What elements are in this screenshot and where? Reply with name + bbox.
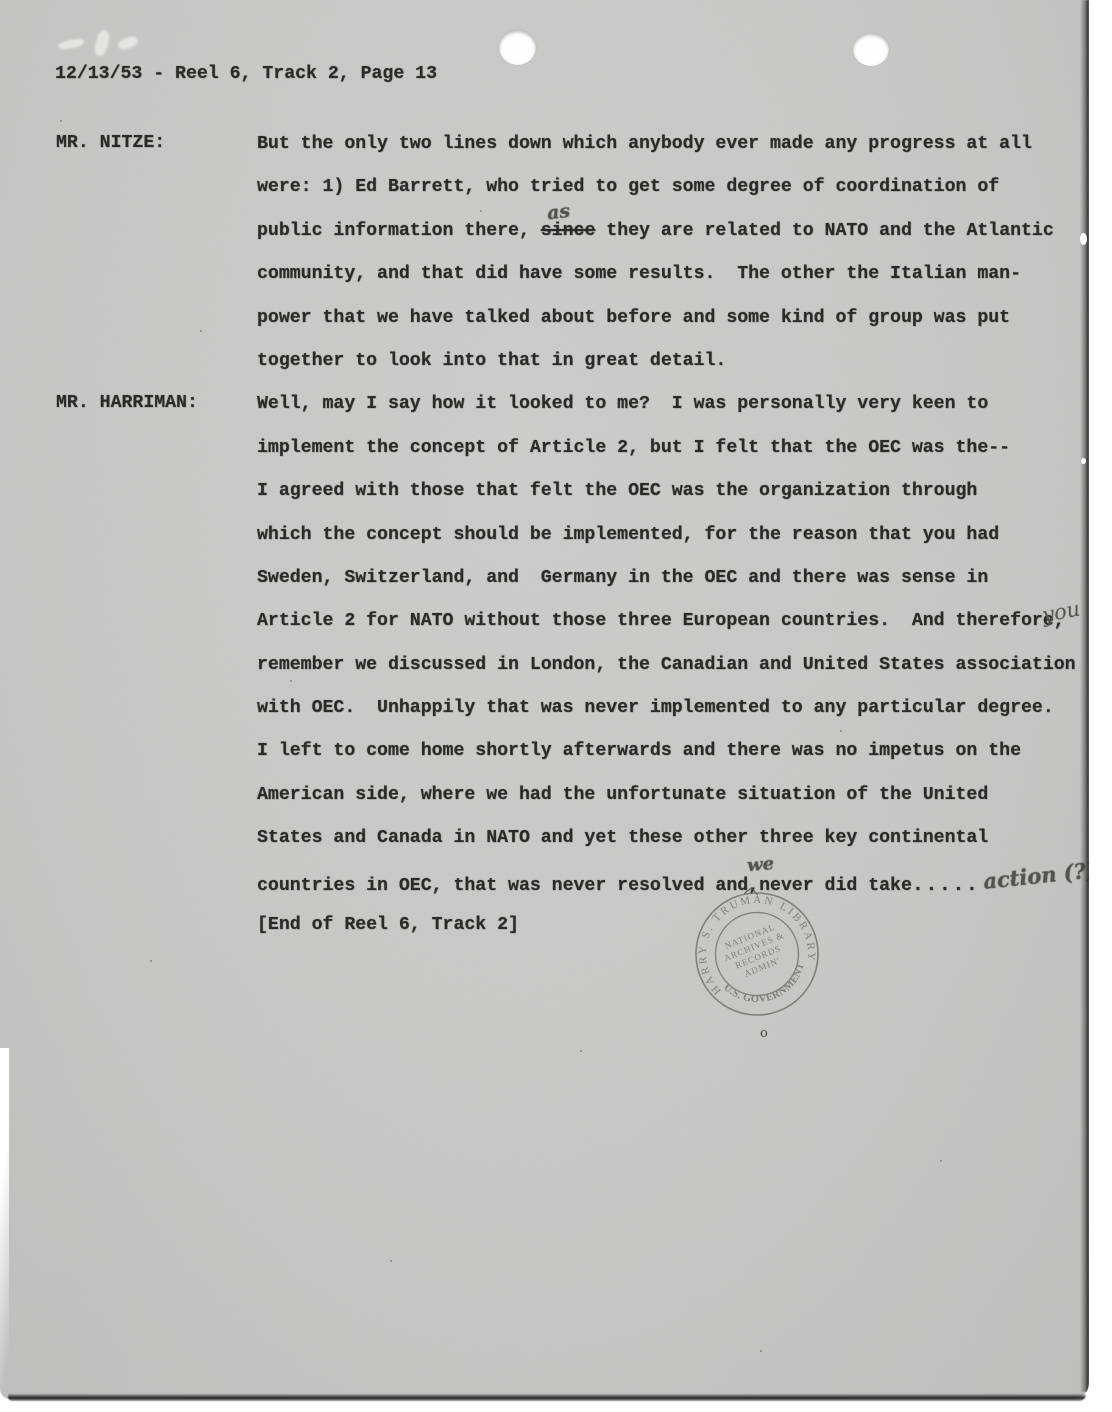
transcript-line: with OEC. Unhappily that was never imple… bbox=[257, 697, 1089, 740]
struck-word: sinceas bbox=[541, 221, 596, 241]
transcript-line: together to look into that in great deta… bbox=[257, 350, 1089, 393]
speaker-label-nitze: MR. NITZE: bbox=[56, 133, 165, 153]
truman-library-archive-stamp: HARRY S. TRUMAN LIBRARY U.S. GOVERNMENT … bbox=[681, 878, 833, 1030]
transcript-line: American side, where we had the unfortun… bbox=[257, 784, 1089, 827]
line-text: public information there, bbox=[257, 221, 541, 241]
edge-notch bbox=[1081, 458, 1086, 464]
transcript-line: Well, may I say how it looked to me? I w… bbox=[257, 393, 1089, 436]
scanned-page: 12/13/53 - Reel 6, Track 2, Page 13 MR. … bbox=[0, 0, 1089, 1399]
transcript-line: Sweden, Switzerland, and Germany in the … bbox=[257, 567, 1089, 610]
transcript-line: remember we discussed in London, the Can… bbox=[257, 654, 1089, 697]
transcript-line: Article 2 for NATO without those three E… bbox=[257, 610, 1089, 653]
transcript-line: public information there, sinceas they a… bbox=[257, 220, 1089, 263]
transcript-line: countries in OEC, that was never resolve… bbox=[257, 871, 1089, 914]
handwritten-we-annotation: we bbox=[746, 852, 775, 877]
page-bottom-edge-shadow bbox=[8, 1394, 1086, 1401]
punch-hole-right bbox=[853, 33, 889, 66]
ellipsis-dots: ..... bbox=[912, 874, 980, 897]
paper-specks bbox=[60, 120, 62, 122]
line-text: they are related to NATO and the Atlanti… bbox=[595, 221, 1053, 241]
transcript-line: implement the concept of Article 2, but … bbox=[257, 437, 1089, 480]
end-of-reel-note: [End of Reel 6, Track 2] bbox=[257, 914, 1089, 957]
punch-hole-left bbox=[499, 30, 536, 65]
scuff-mark bbox=[57, 37, 84, 50]
page-right-edge bbox=[1080, 0, 1089, 1392]
page-left-edge-sliver bbox=[0, 1048, 9, 1396]
speaker-label-harriman: MR. HARRIMAN: bbox=[56, 393, 198, 413]
handwritten-as-annotation: as bbox=[545, 199, 571, 225]
transcript-line: community, and that did have some result… bbox=[257, 263, 1089, 306]
transcript-line: which the concept should be implemented,… bbox=[257, 524, 1089, 567]
transcript-line: States and Canada in NATO and yet these … bbox=[257, 827, 1089, 870]
scuff-mark bbox=[93, 29, 111, 57]
transcript-line: power that we have talked about before a… bbox=[257, 307, 1089, 350]
transcript-line: were: 1) Ed Barrett, who tried to get so… bbox=[257, 176, 1089, 219]
scuff-mark bbox=[117, 35, 139, 51]
page-header: 12/13/53 - Reel 6, Track 2, Page 13 bbox=[55, 64, 437, 84]
transcript-line: I left to come home shortly afterwards a… bbox=[257, 740, 1089, 783]
transcript-body: But the only two lines down which anybod… bbox=[257, 133, 1089, 957]
edge-notch bbox=[1080, 233, 1087, 245]
transcript-line: But the only two lines down which anybod… bbox=[257, 133, 1089, 176]
transcript-line: I agreed with those that felt the OEC wa… bbox=[257, 480, 1089, 523]
